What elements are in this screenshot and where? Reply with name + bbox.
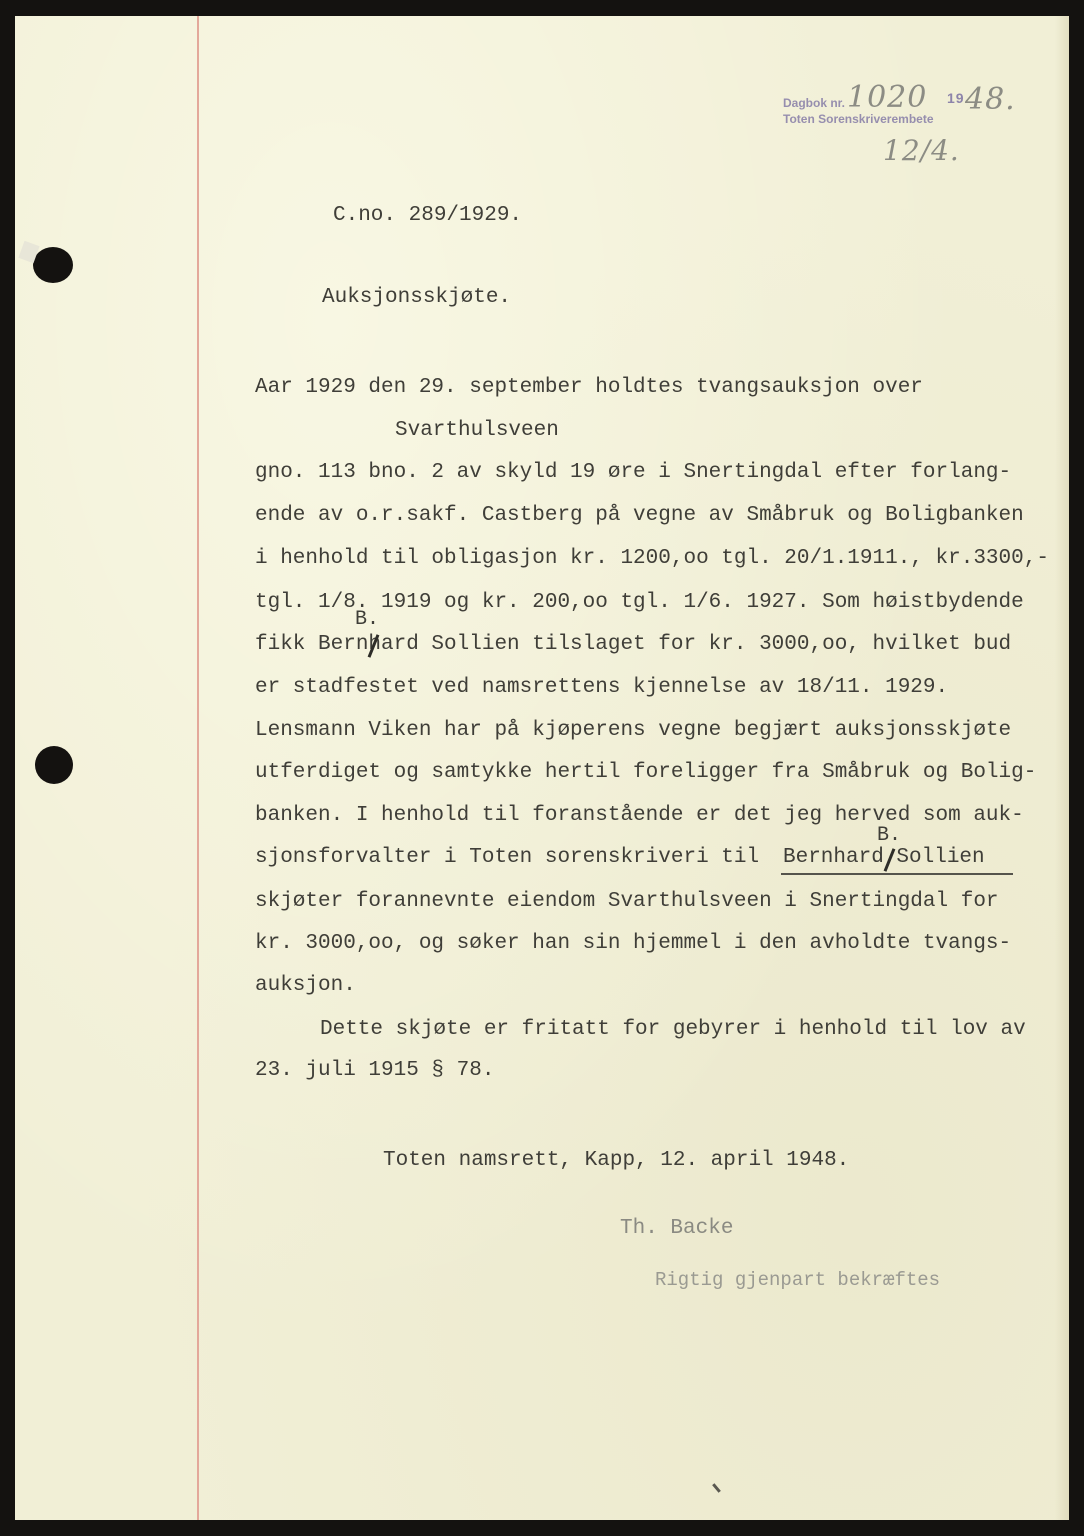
handwritten-date: 12/4. — [883, 134, 960, 167]
body-line-5: i henhold til obligasjon kr. 1200,oo tgl… — [255, 547, 1049, 571]
page-edge-shadow — [1055, 16, 1069, 1520]
signature: Th. Backe — [620, 1217, 733, 1241]
inserted-initial-2: B. — [877, 824, 901, 847]
property-name: Svarthulsveen — [395, 419, 559, 443]
body-line-14: kr. 3000,oo, og søker han sin hjemmel i … — [255, 932, 1011, 956]
red-margin-line — [197, 16, 199, 1520]
body-line-12: sjonsforvalter i Toten sorenskriveri til — [255, 846, 772, 870]
document-title: Auksjonsskjøte. — [322, 286, 511, 310]
place-and-date: Toten namsrett, Kapp, 12. april 1948. — [383, 1149, 849, 1173]
handwritten-year: 48. — [965, 82, 1016, 117]
body-line-13: skjøter forannevnte eiendom Svarthulsvee… — [255, 890, 999, 914]
stamp-year-prefix: 19 — [947, 90, 965, 106]
buyer-name-underline — [781, 873, 1013, 875]
body-line-3: gno. 113 bno. 2 av skyld 19 øre i Snerti… — [255, 461, 1011, 485]
handwritten-diary-number: 1020 — [847, 80, 927, 115]
body-line-10: utferdiget og samtykke hertil foreligger… — [255, 761, 1036, 785]
ink-speck — [712, 1483, 721, 1493]
certification-stamp: Rigtig gjenpart bekræftes — [655, 1268, 940, 1292]
body-line-8: er stadfestet ved namsrettens kjennelse … — [255, 676, 948, 700]
document-page: Dagbok nr. Toten Sorenskriverembete 1020… — [15, 16, 1069, 1520]
body-line-9: Lensmann Viken har på kjøperens vegne be… — [255, 719, 1011, 743]
body-line-16: Dette skjøte er fritatt for gebyrer i he… — [320, 1018, 1026, 1042]
case-number: C.no. 289/1929. — [333, 204, 522, 228]
punch-hole-middle — [35, 746, 73, 784]
body-line-15: auksjon. — [255, 974, 356, 998]
body-line-11: banken. I henhold til foranstående er de… — [255, 804, 1024, 828]
buyer-name-underlined: Bernhard Sollien — [783, 846, 985, 870]
punch-hole-top — [33, 247, 73, 283]
body-line-17: 23. juli 1915 § 78. — [255, 1059, 494, 1083]
inserted-initial-1: B. — [355, 608, 379, 631]
body-line-4: ende av o.r.sakf. Castberg på vegne av S… — [255, 504, 1024, 528]
body-line-1: Aar 1929 den 29. september holdtes tvang… — [255, 376, 923, 400]
